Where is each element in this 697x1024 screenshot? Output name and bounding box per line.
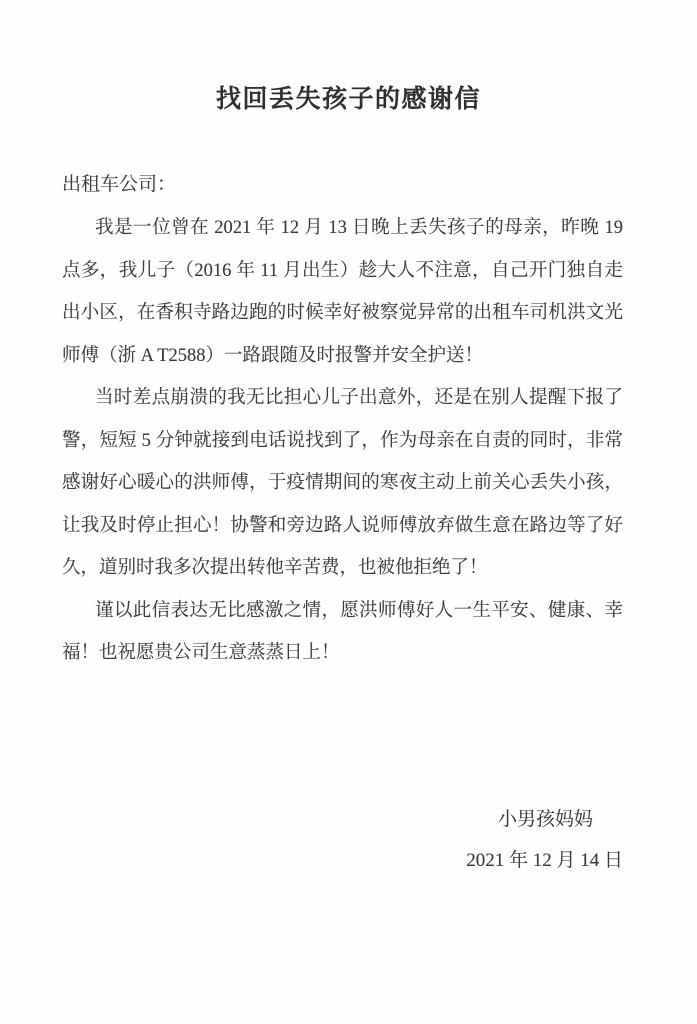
body-line: 我是一位曾在 2021 年 12 月 13 日晚上丢失孩子的母亲，昨晚 19 bbox=[62, 207, 623, 250]
body-line: 出小区，在香积寺路边跑的时候幸好被察觉异常的出租车司机洪文光 bbox=[62, 292, 623, 335]
letter-body: 我是一位曾在 2021 年 12 月 13 日晚上丢失孩子的母亲，昨晚 19 点… bbox=[62, 207, 623, 675]
body-line: 点多，我儿子（2016 年 11 月出生）趁大人不注意，自己开门独自走 bbox=[62, 250, 623, 293]
letter-title: 找回丢失孩子的感谢信 bbox=[0, 84, 697, 114]
body-line: 警，短短 5 分钟就接到电话说找到了，作为母亲在自责的同时，非常 bbox=[62, 420, 623, 463]
body-line: 久，道别时我多次提出转他辛苦费，也被他拒绝了！ bbox=[62, 547, 623, 590]
letter-salutation: 出租车公司： bbox=[62, 164, 623, 207]
body-line: 感谢好心暖心的洪师傅，于疫情期间的寒夜主动上前关心丢失小孩， bbox=[62, 462, 623, 505]
body-line: 当时差点崩溃的我无比担心儿子出意外，还是在别人提醒下报了 bbox=[62, 377, 623, 420]
letter-date: 2021 年 12 月 14 日 bbox=[62, 840, 623, 883]
letter-page: 找回丢失孩子的感谢信 出租车公司： 我是一位曾在 2021 年 12 月 13 … bbox=[0, 0, 697, 1024]
letter-signature: 小男孩妈妈 bbox=[62, 799, 623, 842]
body-line: 让我及时停止担心！协警和旁边路人说师傅放弃做生意在路边等了好 bbox=[62, 505, 623, 548]
body-line: 师傅（浙 A T2588）一路跟随及时报警并安全护送！ bbox=[62, 335, 623, 378]
body-line: 福！也祝愿贵公司生意蒸蒸日上！ bbox=[62, 632, 623, 675]
body-line: 谨以此信表达无比感激之情，愿洪师傅好人一生平安、健康、幸 bbox=[62, 590, 623, 633]
